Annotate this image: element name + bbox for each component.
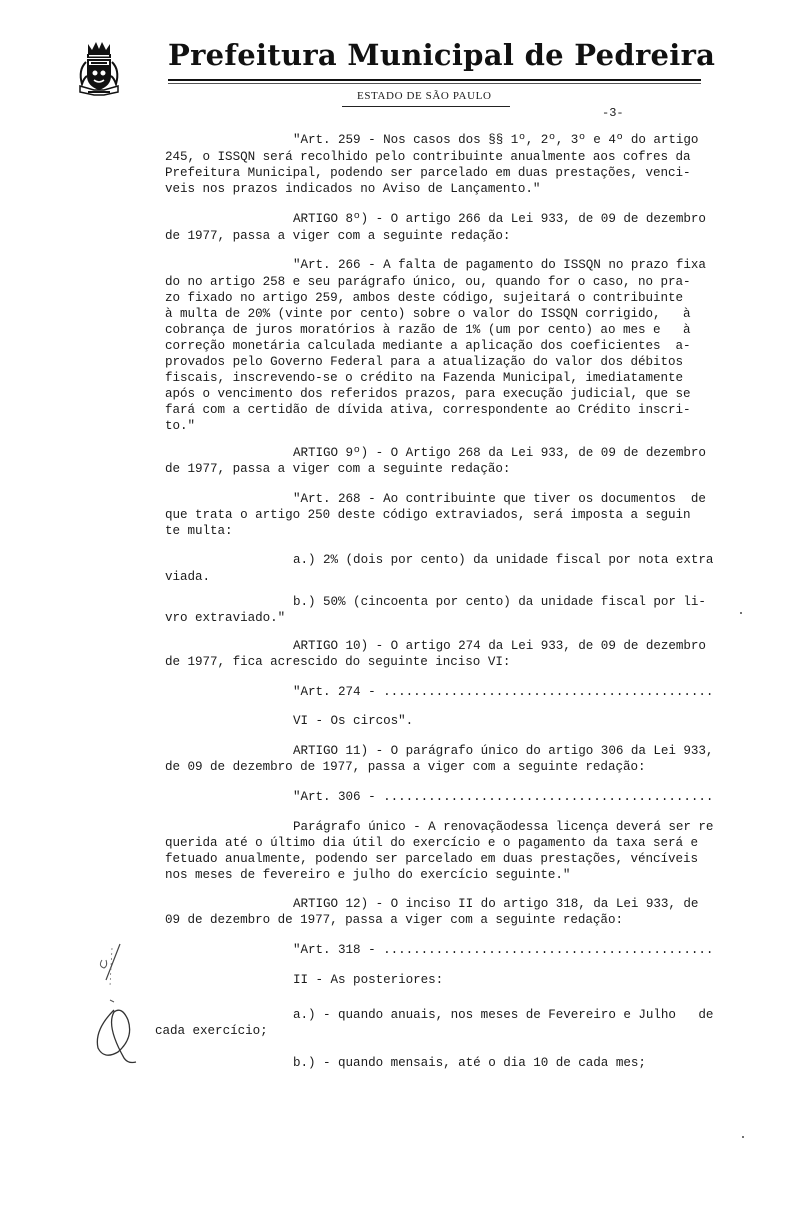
- text-line: "Art. 318 - ............................…: [293, 943, 713, 957]
- title-rule-thin: [168, 83, 701, 84]
- text-line: te multa:: [165, 524, 233, 538]
- text-line: zo fixado no artigo 259, ambos deste cód…: [165, 291, 683, 305]
- text-line: nos meses de fevereiro e julho do exercí…: [165, 868, 570, 882]
- text-line: de 09 de dezembro de 1977, passa a viger…: [165, 760, 645, 774]
- handwritten-initials-icon: [84, 940, 154, 1070]
- text-line: fará com a certidão de dívida ativa, cor…: [165, 403, 691, 417]
- text-line: ARTIGO 9º) - O Artigo 268 da Lei 933, de…: [293, 446, 706, 460]
- text-line: ARTIGO 10) - O artigo 274 da Lei 933, de…: [293, 639, 706, 653]
- scan-speck: [740, 612, 742, 614]
- text-line: "Art. 266 - A falta de pagamento do ISSQ…: [293, 258, 706, 272]
- text-line: a.) 2% (dois por cento) da unidade fisca…: [293, 553, 713, 567]
- text-line: b.) 50% (cincoenta por cento) da unidade…: [293, 595, 706, 609]
- text-line: vro extraviado.": [165, 611, 285, 625]
- text-line: VI - Os circos".: [293, 714, 413, 728]
- page-number: -3-: [602, 106, 624, 120]
- coat-of-arms-icon: [74, 40, 124, 96]
- title-rule-thick: [168, 79, 701, 81]
- text-line: veis nos prazos indicados no Aviso de La…: [165, 182, 540, 196]
- text-line: "Art. 306 - ............................…: [293, 790, 713, 804]
- text-line: de 1977, fica acrescido do seguinte inci…: [165, 655, 510, 669]
- text-line: "Art. 268 - Ao contribuinte que tiver os…: [293, 492, 706, 506]
- text-line: querida até o último dia útil do exercíc…: [165, 836, 698, 850]
- text-line: à multa de 20% (vinte por cento) sobre o…: [165, 307, 691, 321]
- subtitle-rule: [342, 106, 510, 107]
- text-line: cada exercício;: [155, 1024, 268, 1038]
- text-line: fetuado anualmente, podendo ser parcelad…: [165, 852, 698, 866]
- text-line: "Art. 274 - ............................…: [293, 685, 713, 699]
- text-line: 245, o ISSQN será recolhido pelo contrib…: [165, 150, 691, 164]
- text-line: ARTIGO 12) - O inciso II do artigo 318, …: [293, 897, 698, 911]
- text-line: ARTIGO 11) - O parágrafo único do artigo…: [293, 744, 713, 758]
- text-line: Prefeitura Municipal, podendo ser parcel…: [165, 166, 691, 180]
- text-line: II - As posteriores:: [293, 973, 443, 987]
- text-line: a.) - quando anuais, nos meses de Fevere…: [293, 1008, 713, 1022]
- text-line: após o vencimento dos referidos prazos, …: [165, 387, 691, 401]
- scan-speck: [742, 1136, 744, 1138]
- text-line: viada.: [165, 570, 210, 584]
- text-line: de 1977, passa a viger com a seguinte re…: [165, 462, 510, 476]
- text-line: correção monetária calculada mediante a …: [165, 339, 691, 353]
- text-line: provados pelo Governo Federal para a atu…: [165, 355, 683, 369]
- text-line: do no artigo 258 e seu parágrafo único, …: [165, 275, 691, 289]
- text-line: que trata o artigo 250 deste código extr…: [165, 508, 691, 522]
- text-line: de 1977, passa a viger com a seguinte re…: [165, 229, 510, 243]
- text-line: "Art. 259 - Nos casos dos §§ 1º, 2º, 3º …: [293, 133, 698, 147]
- text-line: cobrança de juros moratórios à razão de …: [165, 323, 691, 337]
- letterhead-subtitle: ESTADO DE SÃO PAULO: [357, 90, 491, 102]
- text-line: fiscais, inscrevendo-se o crédito na Faz…: [165, 371, 683, 385]
- letterhead: Prefeitura Municipal de Pedreira ESTADO …: [0, 0, 800, 120]
- letterhead-title: Prefeitura Municipal de Pedreira: [168, 38, 715, 72]
- text-line: Parágrafo único - A renovaçãodessa licen…: [293, 820, 713, 834]
- text-line: 09 de dezembro de 1977, passa a viger co…: [165, 913, 623, 927]
- text-line: to.": [165, 419, 195, 433]
- text-line: b.) - quando mensais, até o dia 10 de ca…: [293, 1056, 646, 1070]
- text-line: ARTIGO 8º) - O artigo 266 da Lei 933, de…: [293, 212, 706, 226]
